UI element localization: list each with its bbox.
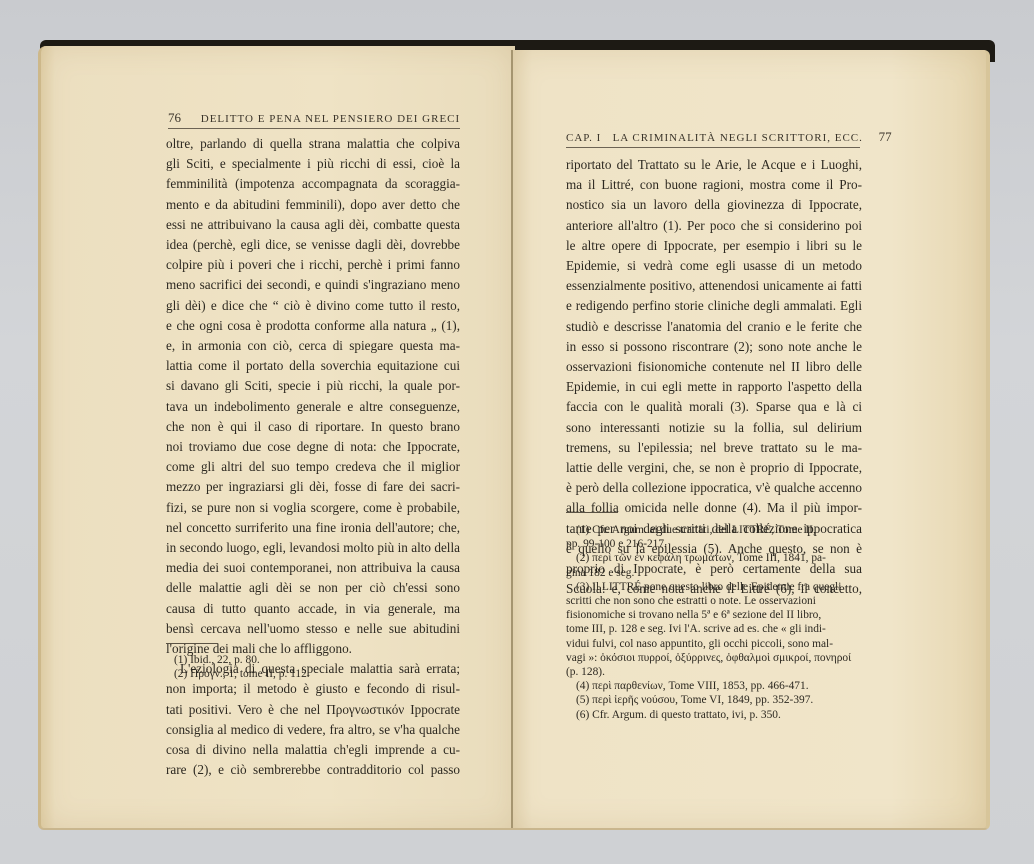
text-line: faccia con le qualità morali (3). Sparse… xyxy=(566,397,862,417)
footnote: (6) Cfr. Argum. di questo trattato, ivi,… xyxy=(566,708,866,722)
text-line: lattia come il portato della soverchia e… xyxy=(166,356,460,376)
text-line: noi troviamo due cose degne di nota: che… xyxy=(166,437,460,457)
text-line: rare (2), e ciò sembrerebbe contradditor… xyxy=(166,760,460,780)
text-line: gli Sciti, e specialmente i più ricchi d… xyxy=(166,154,460,174)
text-line: si davano gli Sciti, specie i più ricchi… xyxy=(166,376,460,396)
text-line: tati positivi. Vero è che nel Προγνωστικ… xyxy=(166,700,460,720)
text-line: mento e da abitudini femminili), dopo av… xyxy=(166,195,460,215)
text-line: riportato del Trattato su le Arie, le Ac… xyxy=(566,155,862,175)
text-line: delle malattie agli dèi se non per ciò c… xyxy=(166,578,460,598)
footnote: (2) Πρόγν., 1, tome II, p. 112. xyxy=(174,667,464,681)
text-line: bensì cercava nell'uomo stesso e nelle s… xyxy=(166,619,460,639)
text-line: in secondo luogo, egli, levandosi molto … xyxy=(166,538,460,558)
footnote: (3) Il LITTRÉ pone questo libro delle Ep… xyxy=(566,580,866,594)
text-line: essi ne attribuivano la causa agli dèi, … xyxy=(166,215,460,235)
footnote: scritti che non sono che estratti o note… xyxy=(566,594,866,608)
left-header-rule xyxy=(168,128,460,129)
footnote: (1) Cfr. Argum. ai due trattati, del LIT… xyxy=(566,523,866,537)
left-running-header: 76 DELITTO E PENA NEL PENSIERO DEI GRECI xyxy=(168,110,460,126)
footnote: (2) περὶ τῶν ἐν κεφάλη τρωμάτων, Tome II… xyxy=(566,551,866,565)
left-body-text: oltre, parlando di quella strana malatti… xyxy=(166,134,460,781)
text-line: non importa; il metodo è giusto e fecond… xyxy=(166,679,460,699)
text-line: studiò e descrisse l'anatomia del cranio… xyxy=(566,317,862,337)
text-line: osservazioni fisionomiche contenute nel … xyxy=(566,357,862,377)
text-line: e, in armonia con ciò, cerca di spiegare… xyxy=(166,336,460,356)
footnote: (4) περὶ παρθενίων, Tome VIII, 1853, pp.… xyxy=(566,679,866,693)
footnote: gina 182 e seg. xyxy=(566,566,866,580)
text-line: media dei suoi contemporanei, non attrib… xyxy=(166,558,460,578)
footnote: tome III, p. 128 e seg. Ivi l'A. scrive … xyxy=(566,622,866,636)
text-line: colpire più i poveri che i ricchi, perch… xyxy=(166,255,460,275)
right-footnotes: (1) Cfr. Argum. ai due trattati, del LIT… xyxy=(566,523,866,722)
text-line: e redigendo perfino storie cliniche degl… xyxy=(566,296,862,316)
text-line: causa di tutto quanto accade, in via gen… xyxy=(166,599,460,619)
footnote: pp. 99-100 e 216-217. xyxy=(566,537,866,551)
text-line: lattie delle vergini, che, se non è prop… xyxy=(566,458,862,478)
text-line: tava un indebolimento generale e altre c… xyxy=(166,397,460,417)
left-running-head: DELITTO E PENA NEL PENSIERO DEI GRECI xyxy=(201,113,460,125)
right-running-head: CAP. I LA CRIMINALITÀ NEGLI SCRITTORI, E… xyxy=(566,132,863,144)
left-footnotes: (1) Ibid., 22, p. 80. (2) Πρόγν., 1, tom… xyxy=(174,653,464,681)
footnote: (5) περὶ ἱερῆς νούσου, Tome VI, 1849, pp… xyxy=(566,693,866,707)
right-running-header: CAP. I LA CRIMINALITÀ NEGLI SCRITTORI, E… xyxy=(566,129,892,145)
left-footnote-rule xyxy=(166,643,218,644)
text-line: come gli altri del suo tempo credeva che… xyxy=(166,457,460,477)
text-line: ma il Littré, con buone ragioni, mostra … xyxy=(566,175,862,195)
text-line: meno sacrifici dei secondi, e quindi s'i… xyxy=(166,275,460,295)
footnote: (1) Ibid., 22, p. 80. xyxy=(174,653,464,667)
text-line: in esso si possono riscontrare (2); sono… xyxy=(566,337,862,357)
text-line: consiglia al medico di vedere, fra altro… xyxy=(166,720,460,740)
text-line: cosa di divino nella malattia ch'egli im… xyxy=(166,740,460,760)
text-line: essenzialmente positivo, attenendosi uni… xyxy=(566,276,862,296)
left-page-number: 76 xyxy=(168,110,181,125)
text-line: femminilità (impotenza accompagnata da s… xyxy=(166,174,460,194)
text-line: oltre, parlando di quella strana malatti… xyxy=(166,134,460,154)
text-line: sono interessanti notizie su la follia, … xyxy=(566,418,862,438)
text-line: idea (perchè, egli dice, se venisse dagl… xyxy=(166,235,460,255)
footnote: vagi »: ὁκόσιοι πυρροί, ὀξύρρινες, ὀφθαλ… xyxy=(566,651,866,665)
text-line: nel concetto surriferito una fine ironia… xyxy=(166,518,460,538)
text-line: nostico sia un lavoro della giovinezza d… xyxy=(566,195,862,215)
footnote: (p. 128). xyxy=(566,665,866,679)
text-line: tremens, su l'epilessia; nel breve tratt… xyxy=(566,438,862,458)
text-line: le altre opere di Ippocrate, per esempio… xyxy=(566,236,862,256)
text-line: che non è qui il caso di riportare. In q… xyxy=(166,417,460,437)
text-line: mezzo per ingraziarsi gli dèi, fosse di … xyxy=(166,477,460,497)
text-line: è però della collezione ippocratica, v'è… xyxy=(566,478,862,498)
text-line: gli dèi) e dice che “ ciò è divino come … xyxy=(166,296,460,316)
text-line: fizi, se pure non si voglia scorgere, co… xyxy=(166,498,460,518)
footnote: fisionomiche si trovano nella 5ª e 6ª se… xyxy=(566,608,866,622)
text-line: anteriore all'altro (1). Per poco che si… xyxy=(566,216,862,236)
right-footnote-rule xyxy=(566,512,618,513)
footnote: vidui fulvi, col naso appuntito, gli occ… xyxy=(566,637,866,651)
right-page-number: 77 xyxy=(879,129,892,144)
book-gutter xyxy=(511,50,513,828)
text-line: e che ogni cosa è prodotta conforme alla… xyxy=(166,316,460,336)
text-line: Epidemie, si vedrà come egli usasse di u… xyxy=(566,256,862,276)
right-header-rule xyxy=(566,147,860,148)
text-line: alla follia omicida nelle donne (4). Ma … xyxy=(566,498,862,518)
text-line: Epidemie, in cui egli mette in rapporto … xyxy=(566,377,862,397)
